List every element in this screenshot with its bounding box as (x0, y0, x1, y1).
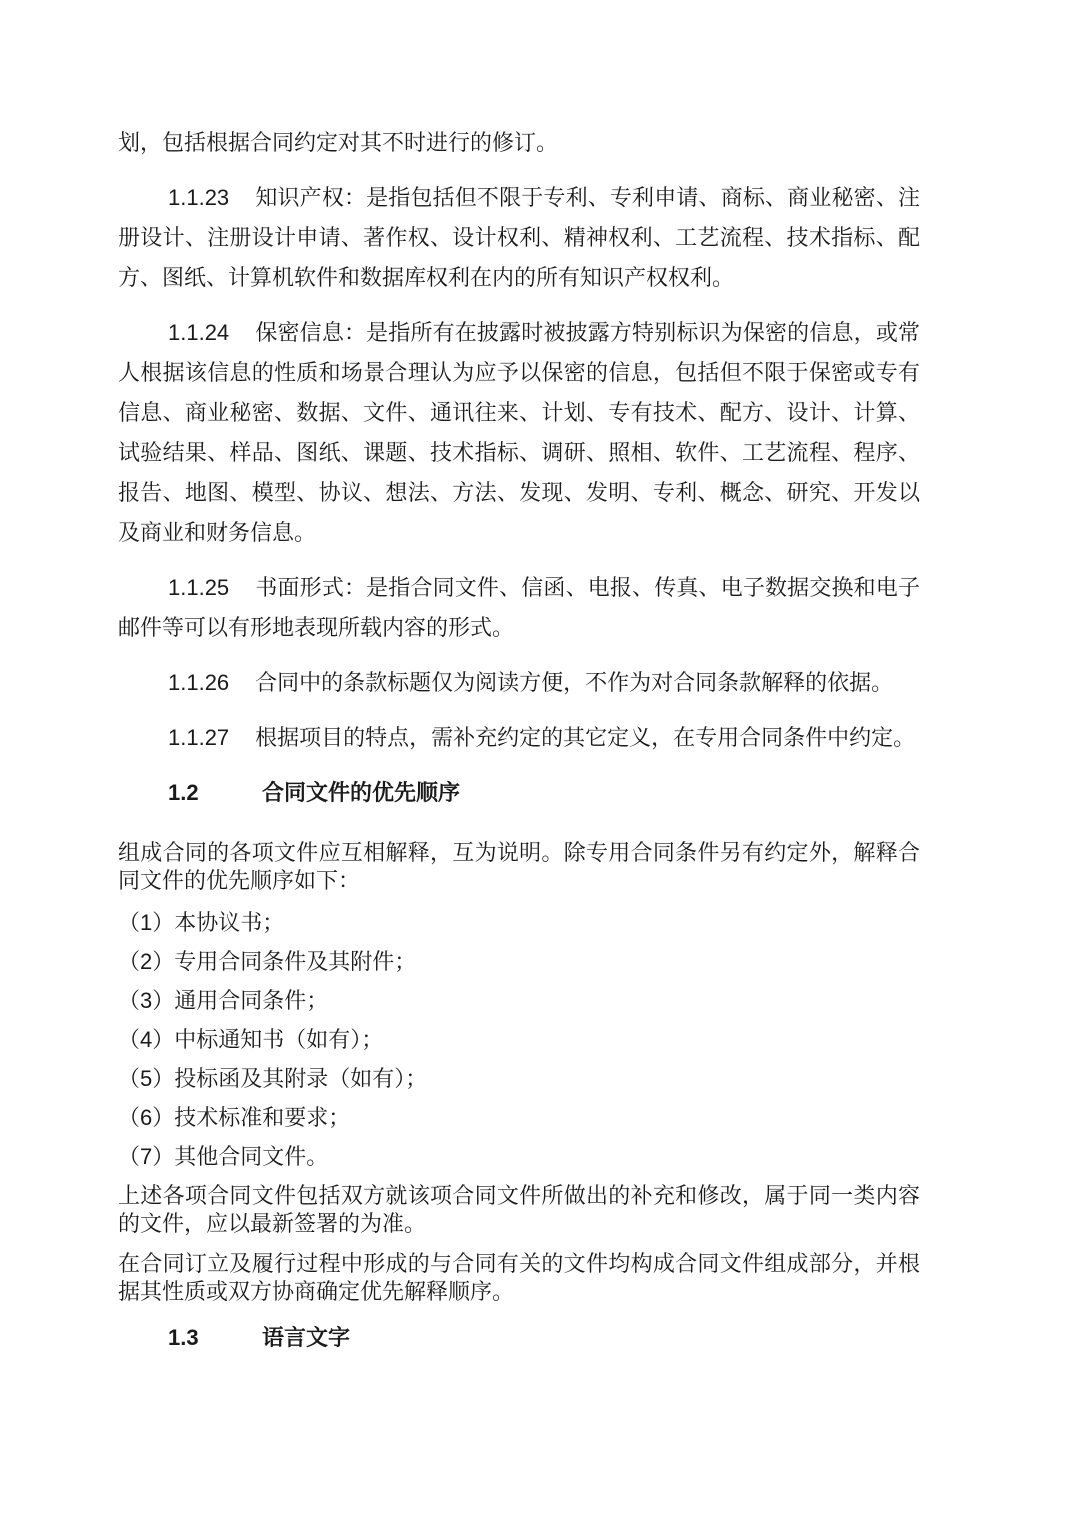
clause-1-1-26: 1.1.26合同中的条款标题仅为阅读方便，不作为对合同条款解释的依据。 (118, 663, 920, 703)
clause-1-1-24: 1.1.24保密信息：是指所有在披露时被披露方特别标识为保密的信息，或常人根据该… (118, 313, 920, 553)
priority-list-item: （6）技术标准和要求； (118, 1104, 920, 1132)
clause-number: 1.1.23 (168, 185, 229, 210)
priority-list-item: （5）投标函及其附录（如有）； (118, 1065, 920, 1093)
clause-text: 书面形式：是指合同文件、信函、电报、传真、电子数据交换和电子邮件等可以有形地表现… (118, 575, 920, 640)
clause-1-1-27: 1.1.27根据项目的特点，需补充约定的其它定义，在专用合同条件中约定。 (118, 718, 920, 758)
priority-list-item: （7）其他合同文件。 (118, 1143, 920, 1171)
priority-note-paragraph: 在合同订立及履行过程中形成的与合同有关的文件均构成合同文件组成部分，并根据其性质… (118, 1250, 920, 1306)
section-title: 合同文件的优先顺序 (262, 780, 460, 805)
clause-1-1-25: 1.1.25书面形式：是指合同文件、信函、电报、传真、电子数据交换和电子邮件等可… (118, 568, 920, 648)
paragraph-continuation: 划，包括根据合同约定对其不时进行的修订。 (118, 123, 920, 163)
section-title: 语言文字 (262, 1325, 350, 1350)
clause-text: 合同中的条款标题仅为阅读方便，不作为对合同条款解释的依据。 (255, 670, 893, 695)
priority-list-item: （2）专用合同条件及其附件； (118, 948, 920, 976)
priority-list-item: （3）通用合同条件； (118, 987, 920, 1015)
clause-text: 保密信息：是指所有在披露时被披露方特别标识为保密的信息，或常人根据该信息的性质和… (118, 320, 920, 545)
clause-number: 1.1.25 (168, 575, 229, 600)
clause-number: 1.1.26 (168, 670, 229, 695)
priority-intro-paragraph: 组成合同的各项文件应互相解释，互为说明。除专用合同条件另有约定外，解释合同文件的… (118, 839, 920, 895)
section-heading-1-2: 1.2合同文件的优先顺序 (118, 773, 920, 813)
clause-text: 知识产权：是指包括但不限于专利、专利申请、商标、商业秘密、注册设计、注册设计申请… (118, 185, 920, 290)
priority-note-paragraph: 上述各项合同文件包括双方就该项合同文件所做出的补充和修改，属于同一类内容的文件，… (118, 1182, 920, 1238)
priority-list-item: （4）中标通知书（如有）； (118, 1026, 920, 1054)
clause-text: 根据项目的特点，需补充约定的其它定义，在专用合同条件中约定。 (255, 725, 915, 750)
clause-1-1-23: 1.1.23知识产权：是指包括但不限于专利、专利申请、商标、商业秘密、注册设计、… (118, 178, 920, 298)
clause-number: 1.1.27 (168, 725, 229, 750)
section-number: 1.2 (168, 773, 262, 813)
section-heading-1-3: 1.3语言文字 (118, 1318, 920, 1358)
document-page: 划，包括根据合同约定对其不时进行的修订。 1.1.23知识产权：是指包括但不限于… (0, 0, 1080, 1527)
section-number: 1.3 (168, 1318, 262, 1358)
priority-list-item: （1）本协议书； (118, 909, 920, 937)
clause-number: 1.1.24 (168, 320, 229, 345)
